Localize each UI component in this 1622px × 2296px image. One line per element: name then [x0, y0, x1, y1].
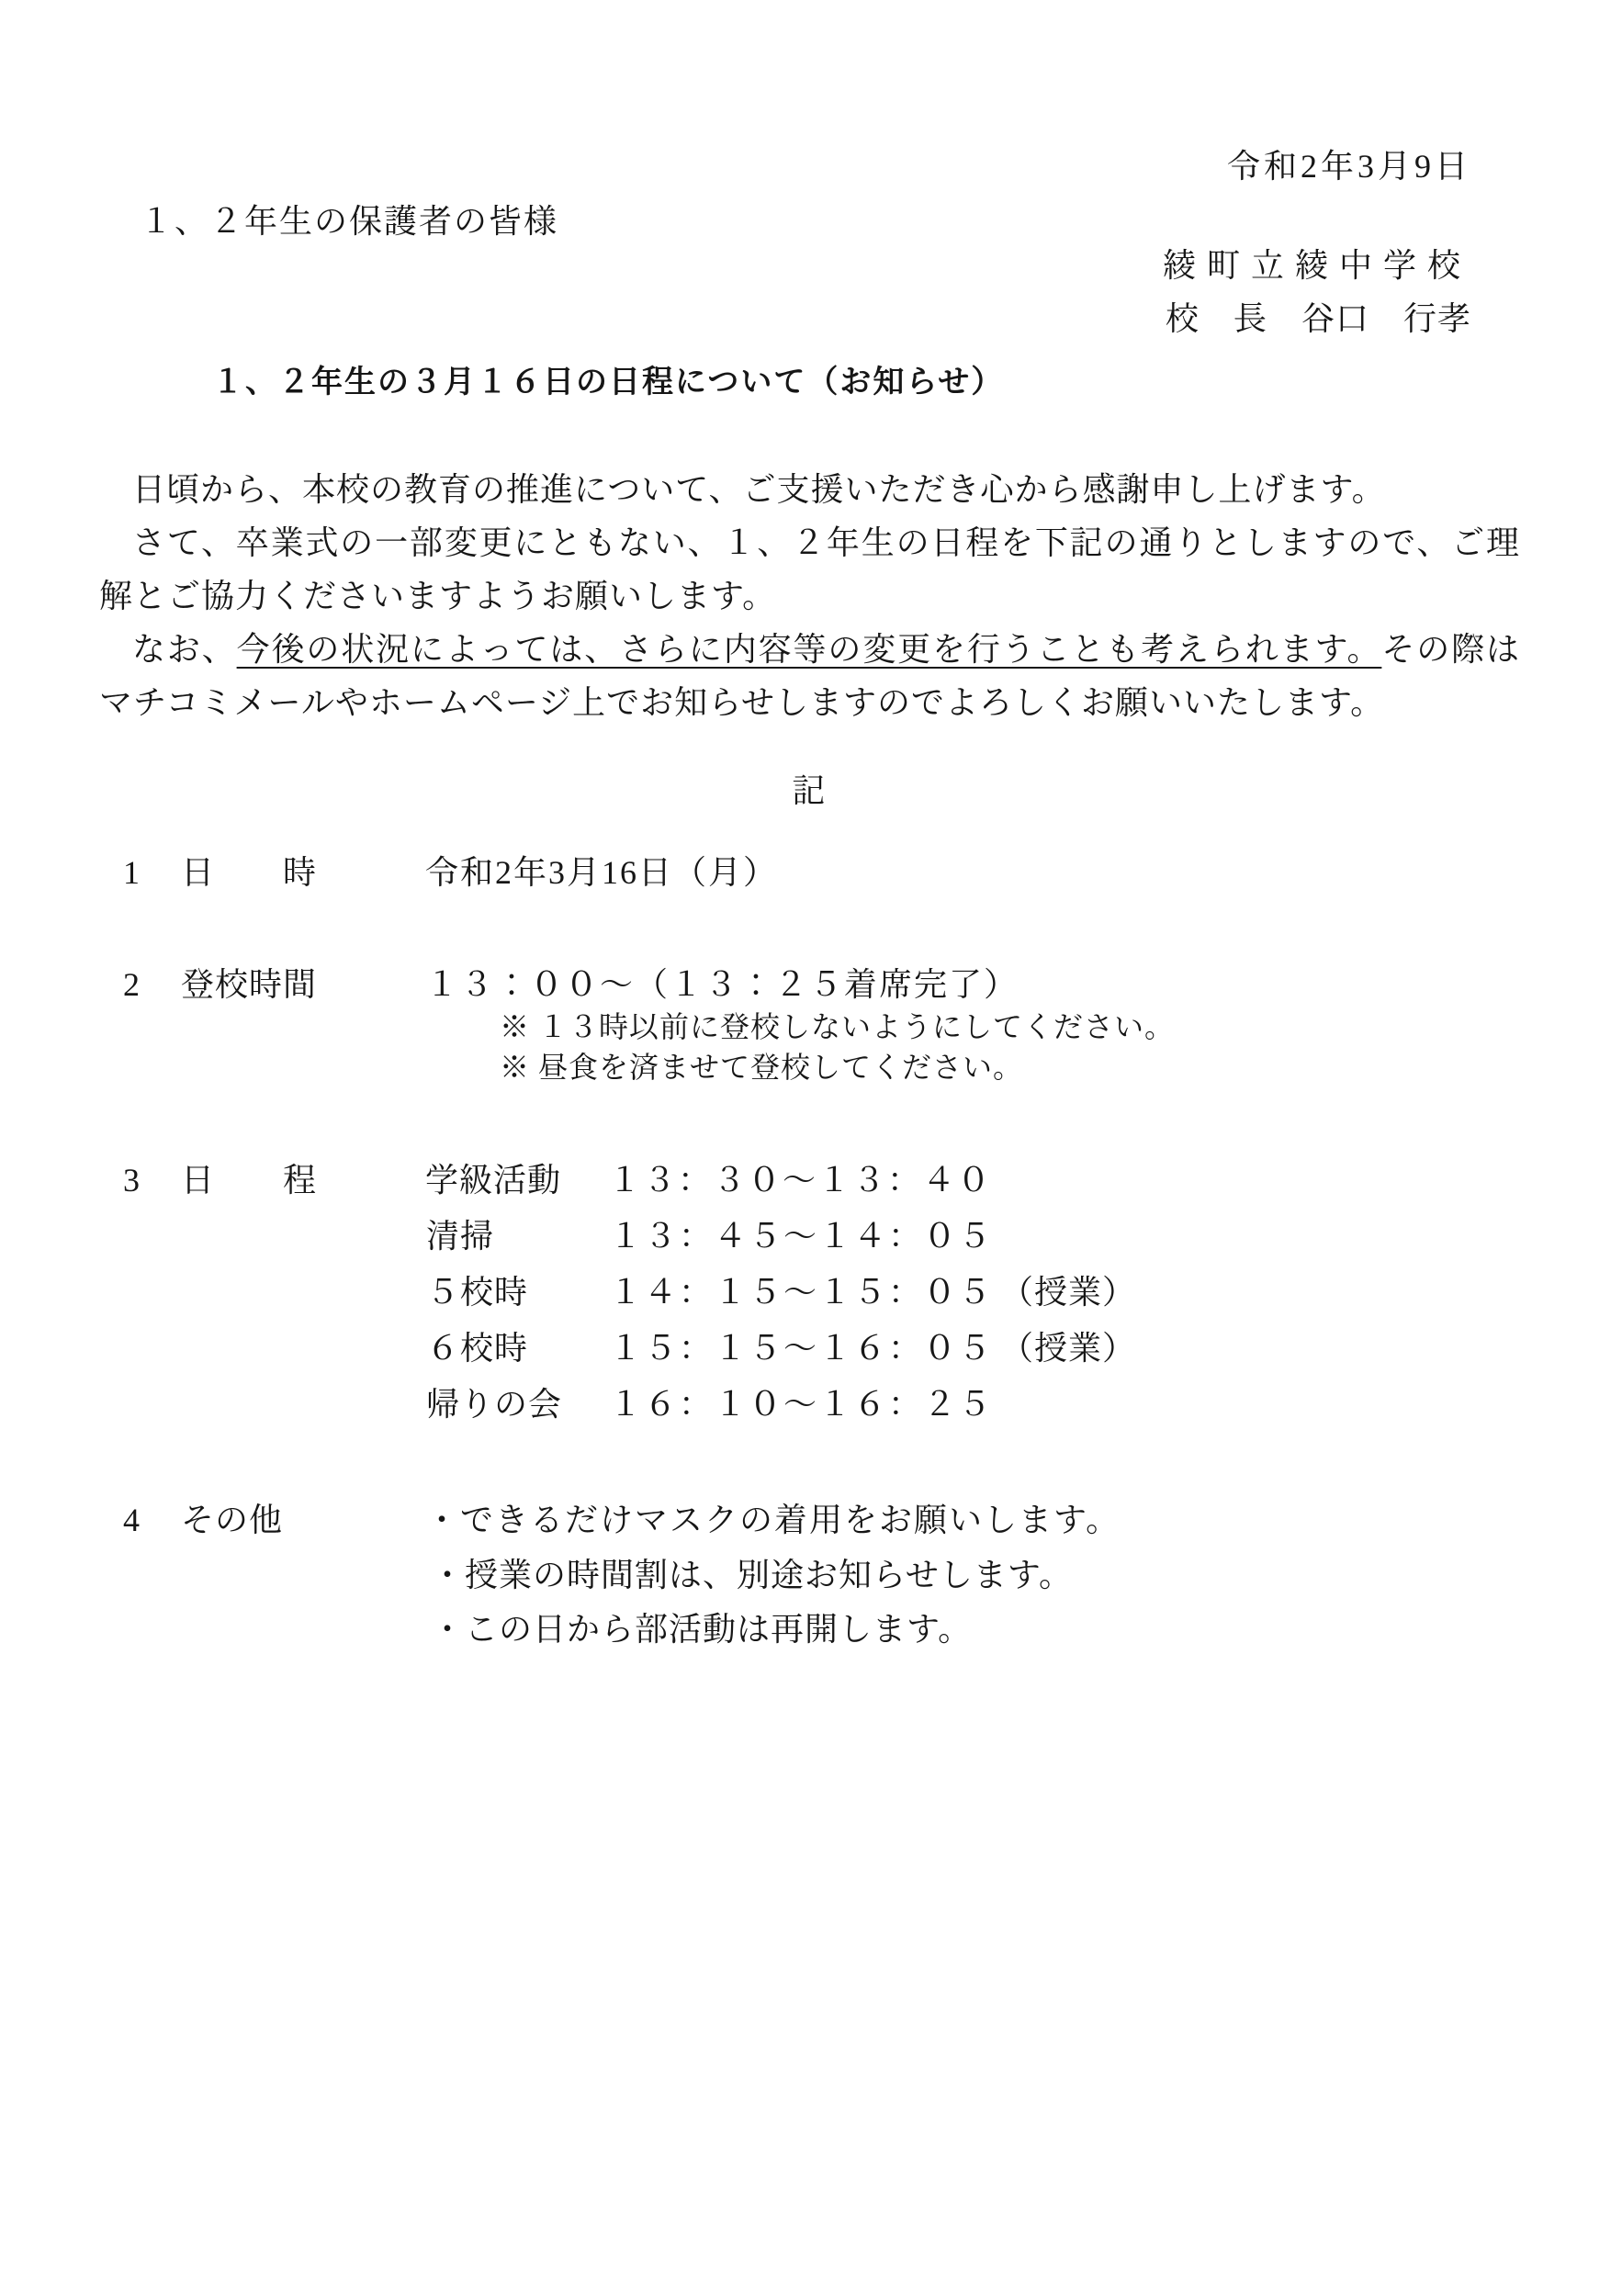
sender-school-name: 綾町立綾中学校 — [99, 246, 1520, 285]
bullet-timetable: ・授業の時間割は、別途お知らせします。 — [431, 1555, 1520, 1595]
section-label: 登校時間 — [181, 964, 425, 1005]
section-value: 令和2年3月16日（月） — [425, 852, 1520, 893]
date-line: 令和2年3月9日 — [99, 147, 1520, 186]
schedule-tag: （授業） — [1000, 1272, 1136, 1312]
schedule-time: １３：３０～１３：４０ — [608, 1160, 992, 1200]
paragraph-greeting: 日頃から、本校の教育の推進について、ご支援いただき心から感謝申し上げます。 — [99, 463, 1520, 516]
section-schedule: 3 日 程 学級活動１３：３０～１３：４０ — [99, 1160, 1520, 1200]
section-label: その他 — [181, 1500, 425, 1540]
schedule-row: ５校時 １４：１５～１５：０５ （授業） — [426, 1272, 1520, 1312]
schedule-time: １５：１５～１６：０５ — [609, 1328, 993, 1368]
section-number: 1 — [99, 852, 181, 893]
underlined-warning: 今後の状況によっては、さらに内容等の変更を行うことも考えられます。 — [237, 631, 1382, 668]
notice-prefix: なお、 — [132, 631, 237, 668]
schedule-activity: ６校時 — [426, 1328, 609, 1368]
document-title: １、２年生の３月１６日の日程について（お知らせ） — [212, 362, 1520, 402]
note-lunch-before: ※ 昼食を済ませて登校してください。 — [500, 1047, 1520, 1087]
section-arrival-time: 2 登校時間 １３：００～（１３：２５着席完了） — [99, 964, 1520, 1005]
schedule-activity: 帰りの会 — [426, 1384, 609, 1424]
letter-page: 令和2年3月9日 １、２年生の保護者の皆様 綾町立綾中学校 校 長 谷口 行孝 … — [0, 147, 1622, 1649]
section-date: 1 日 時 令和2年3月16日（月） — [99, 852, 1520, 893]
schedule-time: １３：４５～１４：０５ — [609, 1216, 993, 1256]
recipient-line: １、２年生の保護者の皆様 — [140, 202, 1520, 241]
section-number: 4 — [99, 1500, 181, 1540]
paragraph-notice: なお、今後の状況によっては、さらに内容等の変更を行うことも考えられます。その際は… — [99, 623, 1520, 729]
bullet-mask: ・できるだけマスクの着用をお願いします。 — [425, 1500, 1520, 1540]
section-value: １３：００～（１３：２５着席完了） — [425, 964, 1520, 1005]
sender-principal-name: 校 長 谷口 行孝 — [99, 299, 1520, 338]
schedule-activity: ５校時 — [426, 1272, 609, 1312]
section-label: 日 時 — [181, 852, 425, 893]
section-label: 日 程 — [181, 1160, 425, 1200]
note-no-early-arrival: ※ １３時以前に登校しないようにしてください。 — [500, 1007, 1520, 1047]
schedule-row: 帰りの会 １６：１０～１６：２５ — [426, 1384, 1520, 1424]
record-mark: 記 — [99, 764, 1520, 817]
paragraph-schedule-change: さて、卒業式の一部変更にともない、１、２年生の日程を下記の通りとしますので、ご理… — [99, 516, 1520, 623]
schedule-row: 学級活動１３：３０～１３：４０ — [425, 1160, 1520, 1200]
schedule-row: 清掃 １３：４５～１４：０５ — [426, 1216, 1520, 1256]
bullet-club-restart: ・この日から部活動は再開します。 — [431, 1609, 1520, 1649]
schedule-activity: 清掃 — [426, 1216, 609, 1256]
schedule-row: ６校時 １５：１５～１６：０５ （授業） — [426, 1328, 1520, 1368]
schedule-activity: 学級活動 — [425, 1160, 608, 1200]
schedule-time: １４：１５～１５：０５ — [609, 1272, 993, 1312]
section-number: 2 — [99, 964, 181, 1005]
section-number: 3 — [99, 1160, 181, 1200]
schedule-tag: （授業） — [1000, 1328, 1136, 1368]
schedule-time: １６：１０～１６：２５ — [609, 1384, 993, 1424]
section-other: 4 その他 ・できるだけマスクの着用をお願いします。 — [99, 1500, 1520, 1540]
